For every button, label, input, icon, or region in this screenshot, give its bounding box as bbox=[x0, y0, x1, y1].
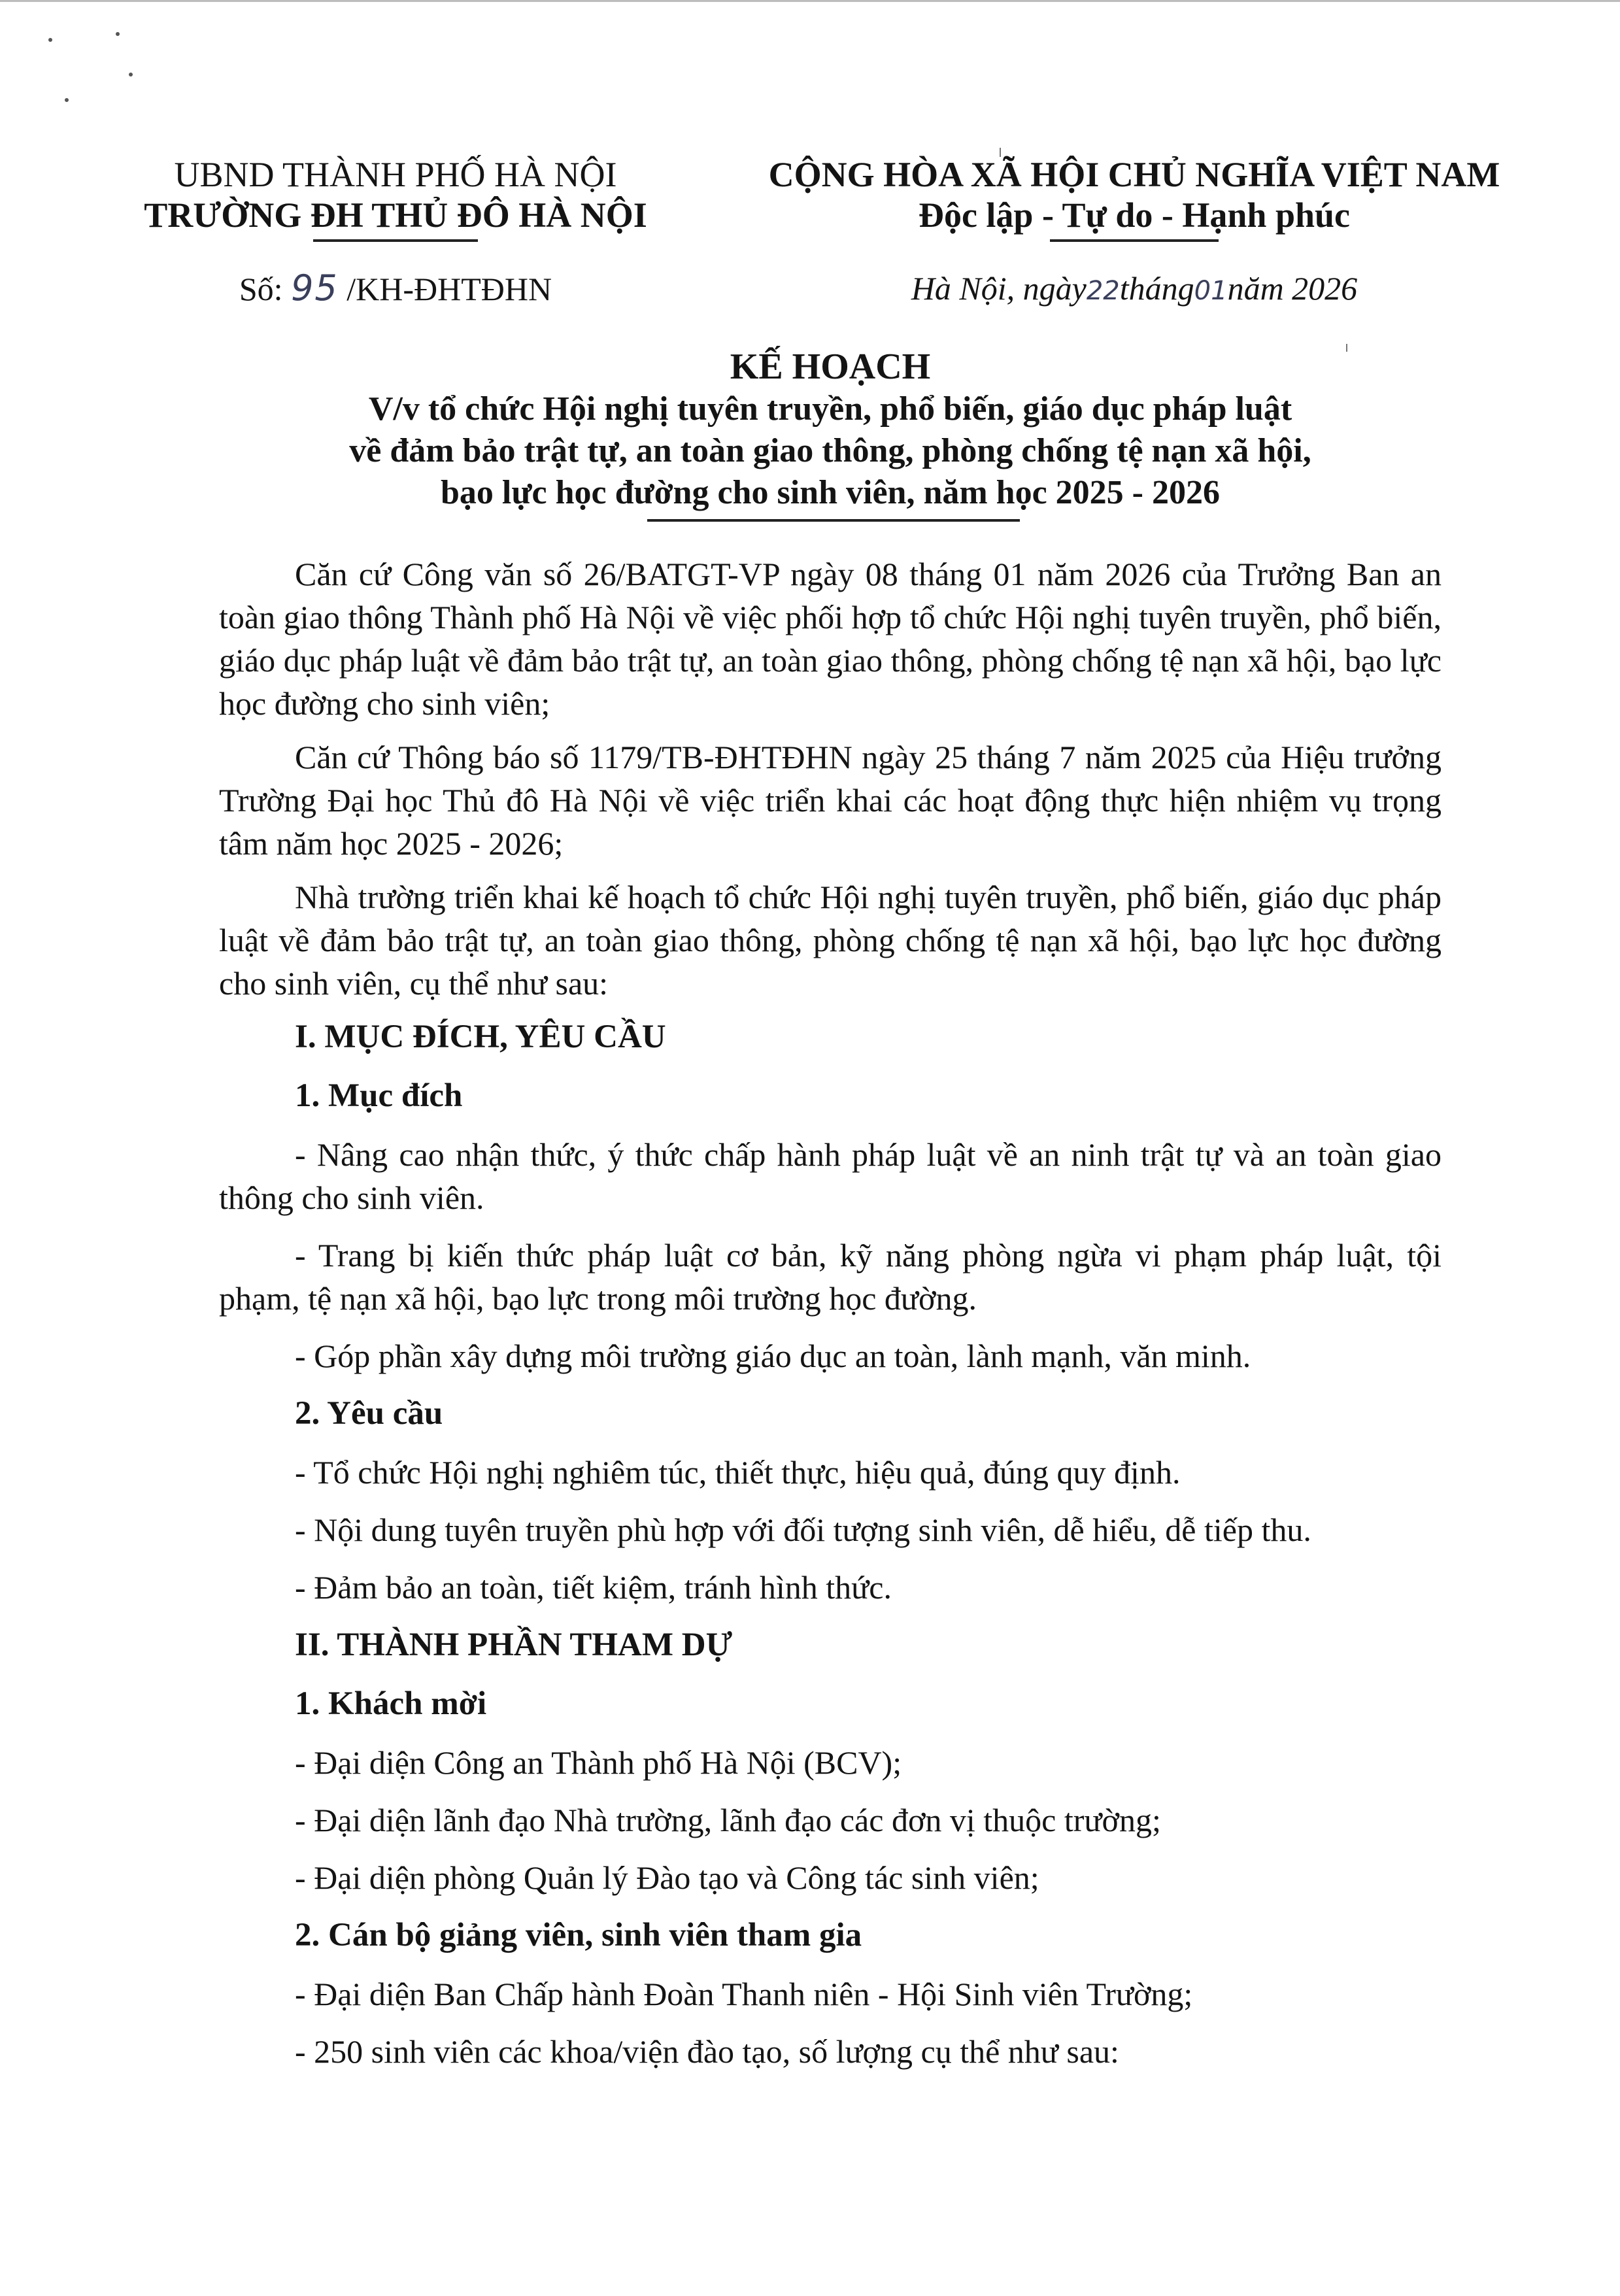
title-subtitle-line: bạo lực học đường cho sinh viên, năm học… bbox=[196, 472, 1464, 514]
scan-top-edge bbox=[0, 0, 1620, 2]
list-item: - Trang bị kiến thức pháp luật cơ bản, k… bbox=[219, 1234, 1442, 1320]
list-item: - Đại diện Ban Chấp hành Đoàn Thanh niên… bbox=[219, 1972, 1442, 2016]
title-underline bbox=[647, 519, 1020, 522]
subsection-heading: 1. Mục đích bbox=[219, 1074, 1442, 1117]
title-subtitle-line: V/v tổ chức Hội nghị tuyên truyền, phổ b… bbox=[196, 388, 1464, 430]
list-item: - 250 sinh viên các khoa/viện đào tạo, s… bbox=[219, 2030, 1442, 2073]
country-name: CỘNG HÒA XÃ HỘI CHỦ NGHĨA VIỆT NAM bbox=[758, 154, 1510, 195]
date-month-label: tháng bbox=[1120, 270, 1194, 307]
motto-underline bbox=[1050, 239, 1219, 242]
issuer-header: UBND THÀNH PHỐ HÀ NỘI TRƯỜNG ĐH THỦ ĐÔ H… bbox=[141, 154, 650, 309]
list-item: - Nâng cao nhận thức, ý thức chấp hành p… bbox=[219, 1133, 1442, 1219]
document-page: UBND THÀNH PHỐ HÀ NỘI TRƯỜNG ĐH THỦ ĐÔ H… bbox=[0, 0, 1620, 2296]
preamble-paragraph: Căn cứ Thông báo số 1179/TB-ĐHTĐHN ngày … bbox=[219, 735, 1442, 865]
issuing-organization: TRƯỜNG ĐH THỦ ĐÔ HÀ NỘI bbox=[141, 195, 650, 235]
preamble-paragraph: Nhà trường triển khai kế hoạch tổ chức H… bbox=[219, 875, 1442, 1005]
list-item: - Góp phần xây dựng môi trường giáo dục … bbox=[219, 1334, 1442, 1377]
scan-speck bbox=[129, 73, 133, 76]
doc-number-prefix: Số: bbox=[239, 271, 283, 307]
scan-speck bbox=[65, 98, 69, 102]
scan-speck bbox=[48, 38, 52, 42]
date-year: năm 2026 bbox=[1228, 270, 1358, 307]
title-subtitle-line: về đảm bảo trật tự, an toàn giao thông, … bbox=[196, 430, 1464, 472]
section-heading: II. THÀNH PHẦN THAM DỰ bbox=[219, 1623, 1442, 1666]
section-heading: I. MỤC ĐÍCH, YÊU CẦU bbox=[219, 1015, 1442, 1058]
subsection-heading: 2. Cán bộ giảng viên, sinh viên tham gia bbox=[219, 1914, 1442, 1957]
list-item: - Đại diện lãnh đạo Nhà trường, lãnh đạo… bbox=[219, 1798, 1442, 1842]
national-motto: Độc lập - Tự do - Hạnh phúc bbox=[758, 195, 1510, 235]
document-number: Số: 95 /KH-ĐHTĐHN bbox=[141, 268, 650, 309]
list-item: - Nội dung tuyên truyền phù hợp với đối … bbox=[219, 1508, 1442, 1551]
issuer-underline bbox=[313, 239, 478, 242]
preamble-paragraph: Căn cứ Công văn số 26/BATGT-VP ngày 08 t… bbox=[219, 552, 1442, 725]
document-body: Căn cứ Công văn số 26/BATGT-VP ngày 08 t… bbox=[219, 552, 1442, 2087]
doc-number-suffix: /KH-ĐHTĐHN bbox=[346, 271, 552, 307]
list-item: - Đại diện phòng Quản lý Đào tạo và Công… bbox=[219, 1856, 1442, 1899]
issue-date: Hà Nội, ngày22tháng01năm 2026 bbox=[758, 268, 1510, 311]
title-main: KẾ HOẠCH bbox=[196, 345, 1464, 388]
list-item: - Tổ chức Hội nghị nghiêm túc, thiết thự… bbox=[219, 1451, 1442, 1494]
subsection-heading: 2. Yêu cầu bbox=[219, 1392, 1442, 1435]
scan-speck bbox=[116, 32, 120, 36]
subsection-heading: 1. Khách mời bbox=[219, 1682, 1442, 1725]
national-header: CỘNG HÒA XÃ HỘI CHỦ NGHĨA VIỆT NAM Độc l… bbox=[758, 154, 1510, 311]
list-item: - Đại diện Công an Thành phố Hà Nội (BCV… bbox=[219, 1741, 1442, 1784]
doc-number-handwritten: 95 bbox=[291, 267, 339, 309]
issuing-authority: UBND THÀNH PHỐ HÀ NỘI bbox=[141, 154, 650, 195]
date-prefix: Hà Nội, ngày bbox=[911, 270, 1087, 307]
document-title: KẾ HOẠCH V/v tổ chức Hội nghị tuyên truy… bbox=[196, 345, 1464, 514]
date-day-handwritten: 22 bbox=[1087, 276, 1120, 306]
date-month-handwritten: 01 bbox=[1194, 276, 1228, 306]
list-item: - Đảm bảo an toàn, tiết kiệm, tránh hình… bbox=[219, 1566, 1442, 1609]
